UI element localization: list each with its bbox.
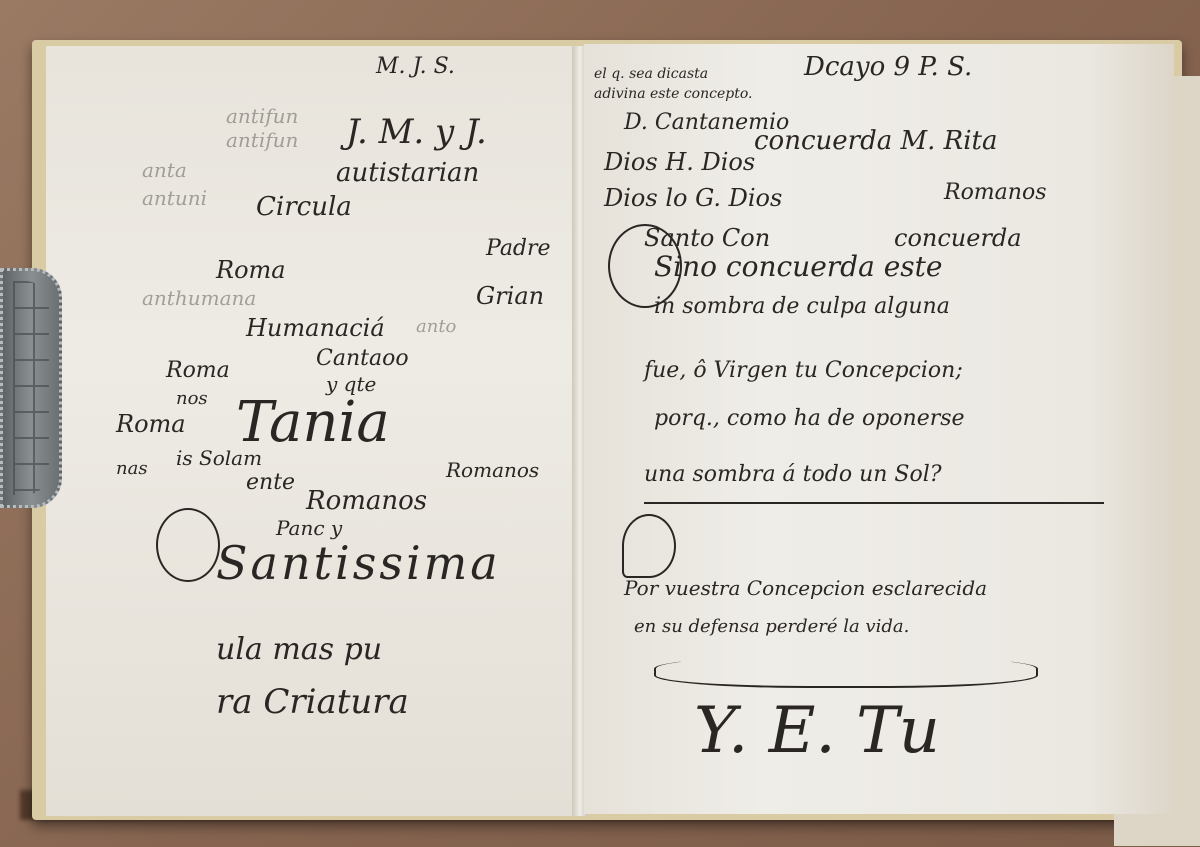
- handwritten-line: J. M. y J.: [346, 112, 487, 152]
- handwritten-line: is Solam: [176, 446, 262, 470]
- handwritten-line: Romanos: [446, 458, 539, 482]
- overwritten-line: concuerda M. Rita: [754, 126, 997, 156]
- handwritten-line: Santissima: [216, 536, 501, 590]
- faint-line: anto: [416, 316, 456, 337]
- handwritten-line: Cantaoo: [316, 346, 409, 371]
- clasp-engraving: [13, 281, 49, 495]
- handwritten-line: Padre: [486, 236, 551, 261]
- verse-line: porq., como ha de oponerse: [654, 406, 965, 431]
- faint-line: antuni: [142, 186, 207, 210]
- faint-line: antifun: [226, 128, 298, 152]
- verse-line: fue, ô Virgen tu Concepcion;: [644, 358, 963, 383]
- overwritten-line: Romanos: [944, 180, 1047, 205]
- divider-rule: [644, 502, 1104, 504]
- top-note: el q. sea dicasta: [594, 66, 708, 82]
- handwritten-line: autistarian: [336, 158, 479, 188]
- handwritten-line: ente: [246, 470, 295, 495]
- handwritten-line: Circula: [256, 192, 352, 222]
- left-page: M. J. S. antifun antifun anta antuni ant…: [46, 46, 576, 816]
- handwritten-line: nos: [176, 388, 208, 409]
- verse-line: una sombra á todo un Sol?: [644, 462, 942, 487]
- handwritten-line: Roma: [216, 256, 286, 284]
- handwritten-line: Roma: [166, 358, 230, 383]
- verse-line: in sombra de culpa alguna: [654, 294, 950, 319]
- verse-line: Por vuestra Concepcion esclarecida: [624, 576, 987, 600]
- overwritten-line: Dios H. Dios: [604, 148, 755, 176]
- capital-p-flourish: [622, 514, 676, 578]
- faint-line: antifun: [226, 104, 298, 128]
- metal-clasp: [0, 268, 62, 508]
- handwritten-line: Roma: [116, 410, 186, 438]
- open-book: M. J. S. antifun antifun anta antuni ant…: [24, 32, 1184, 822]
- verse-line: Sino concuerda este: [654, 250, 942, 283]
- decorative-scroll: [654, 656, 1038, 688]
- overwritten-line: Dios lo G. Dios: [604, 184, 782, 212]
- verse-line: en su defensa perderé la vida.: [634, 616, 909, 637]
- right-page: el q. sea dicasta adivina este concepto.…: [584, 44, 1174, 814]
- handwritten-line: Grian: [476, 282, 544, 310]
- capital-s-flourish: [156, 508, 220, 582]
- handwritten-line: Romanos: [306, 486, 427, 516]
- top-note: adivina este concepto.: [594, 86, 752, 102]
- faint-line: anthumana: [142, 286, 256, 310]
- overwritten-line: concuerda: [894, 224, 1022, 252]
- left-page-header: M. J. S.: [376, 54, 455, 79]
- handwritten-line: ra Criatura: [216, 682, 409, 722]
- handwritten-line: ula mas pu: [216, 632, 382, 667]
- handwritten-line: nas: [116, 458, 148, 479]
- faint-line: anta: [142, 158, 187, 182]
- signature-monogram: Y. E. Tu: [694, 694, 940, 768]
- handwritten-line: Humanaciá: [246, 314, 385, 342]
- overwritten-line: Dcayo 9 P. S.: [804, 52, 972, 82]
